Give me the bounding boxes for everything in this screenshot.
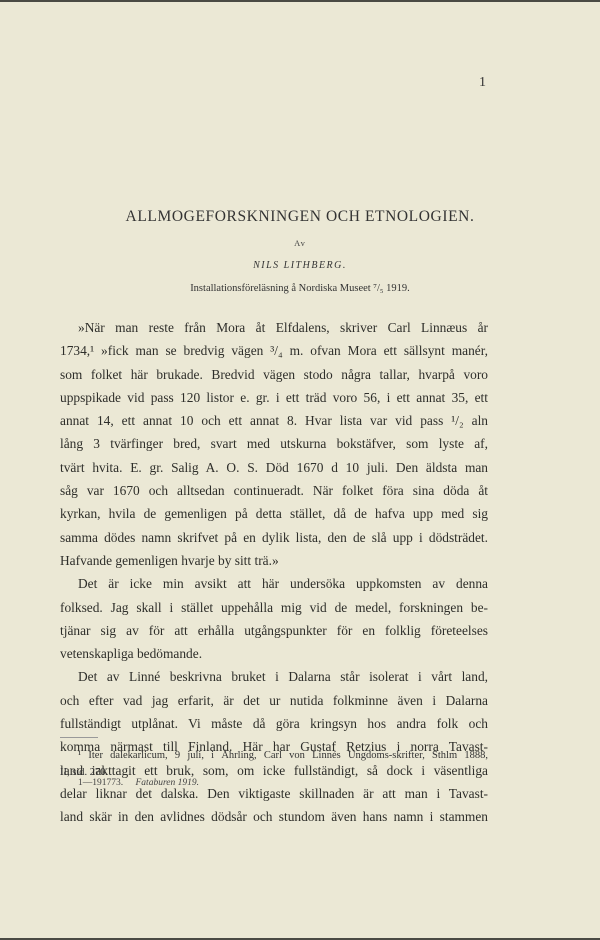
document-page: 1 ALLMOGEFORSKNINGEN OCH ETNOLOGIEN. Av … — [0, 0, 600, 940]
text-line: som folket här brukade. Bredvid vägen st… — [60, 363, 488, 386]
text-line: Hafvande gemenligen hvarje by sitt trä.» — [60, 549, 488, 572]
text-line: tjänar sig av för att erhålla utgångspun… — [60, 619, 488, 642]
footnote: ¹ Iter dalekarlicum, 9 juli, i Ährling, … — [60, 747, 488, 781]
signature-label: Fataburen 1919. — [136, 778, 200, 788]
footnote-separator — [60, 737, 98, 738]
text-line: vetenskapliga bedömande. — [60, 642, 488, 665]
text-line: folksed. Jag skall i stället uppehålla m… — [60, 596, 488, 619]
text-line: »När man reste från Mora åt Elfdalens, s… — [60, 316, 488, 339]
text-line: lång 3 tvärfinger bred, svart med utskur… — [60, 432, 488, 455]
article-title: ALLMOGEFORSKNINGEN OCH ETNOLOGIEN. — [0, 208, 600, 226]
text-line: annat 14, ett annat 10 och ett annat 8. … — [60, 409, 488, 432]
text-line: uppspikade vid pass 120 listor e. gr. i … — [60, 386, 488, 409]
text-line: samma dödes namn skrifvet på en dylik li… — [60, 526, 488, 549]
text-line: och efter vad jag erfarit, är det ur nut… — [60, 689, 488, 712]
text-line: land skär in den avlidnes dödsår och stu… — [60, 805, 488, 828]
text-line: 1734,¹ »fick man se bredvig vägen ³/₄ m.… — [60, 339, 488, 362]
byline: Av — [0, 238, 600, 248]
lecture-subtitle: Installationsföreläsning å Nordiska Muse… — [0, 283, 600, 294]
printer-signature: 1—191773. Fataburen 1919. — [78, 778, 199, 788]
page-number: 1 — [479, 75, 486, 91]
text-line: såg var 1670 och alltsedan continueradt.… — [60, 479, 488, 502]
author-name: NILS LITHBERG. — [0, 260, 600, 271]
text-line: Det är icke min avsikt att här undersöka… — [60, 572, 488, 595]
text-line: tvärt hvita. E. gr. Salig A. O. S. Död 1… — [60, 456, 488, 479]
signature-code: 1—191773. — [78, 778, 123, 788]
footnote-line: ¹ Iter dalekarlicum, 9 juli, i Ährling, … — [60, 747, 488, 764]
text-line: kyrkan, hvila de gemenligen på detta stä… — [60, 502, 488, 525]
text-line: fullständigt utplånat. Vi måste då göra … — [60, 712, 488, 735]
text-line: Det av Linné beskrivna bruket i Dalarna … — [60, 665, 488, 688]
